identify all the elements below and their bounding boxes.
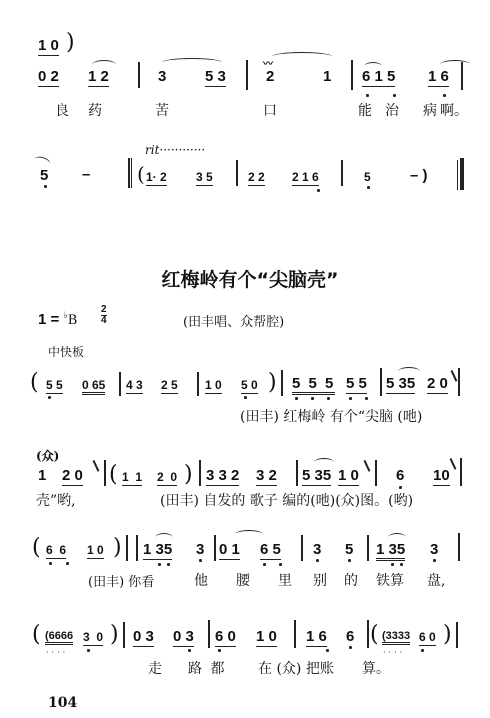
- barline: [461, 62, 463, 90]
- barline: [301, 535, 303, 561]
- note-group: 2 2: [248, 170, 265, 186]
- note-group: 1 2: [88, 68, 109, 87]
- paren-open: (: [370, 622, 379, 647]
- note-group: 0 1: [219, 541, 240, 560]
- low-octave-dot: [167, 563, 170, 566]
- low-octave-dots: ····: [383, 648, 405, 657]
- slur: [33, 155, 51, 168]
- note-group: 5 35: [386, 375, 415, 394]
- paren-open: (: [30, 370, 39, 395]
- paren-close: ): [268, 370, 277, 395]
- barline: [294, 620, 296, 648]
- low-octave-dot: [87, 649, 90, 652]
- note-group: 4 3: [126, 378, 143, 394]
- lyric: 能: [358, 100, 372, 120]
- barline: [131, 158, 132, 188]
- paren-open: (: [109, 462, 118, 487]
- barline: [281, 370, 283, 396]
- note-group: 1 0: [338, 467, 359, 486]
- low-octave-dot: [348, 559, 351, 562]
- lyrics-line: (田丰) 红梅岭 有个“尖脑 (吔): [240, 406, 422, 426]
- note-group: 5: [345, 541, 353, 558]
- note-group: 2: [266, 68, 274, 85]
- low-octave-dot: [158, 563, 161, 566]
- note-group: 3: [196, 541, 204, 558]
- barline: [236, 160, 238, 186]
- breath-mark: [364, 460, 370, 472]
- low-octave-dot: [399, 486, 402, 489]
- note-group: 0 65: [82, 378, 105, 395]
- low-octave-dot: [279, 563, 282, 566]
- lyric: 苦: [155, 100, 169, 120]
- tempo-marking: rit············: [145, 143, 205, 157]
- note-group: 3: [430, 541, 438, 558]
- low-octave-dot: [443, 94, 446, 97]
- paren-open: (: [137, 162, 145, 186]
- note-group: 1 0: [87, 543, 104, 559]
- barline: [457, 160, 458, 190]
- lyric: 走: [148, 658, 162, 678]
- barline: [458, 368, 460, 396]
- low-octave-dot: [263, 563, 266, 566]
- note-group: 2 0: [427, 375, 448, 394]
- performers: (田丰唱、众帮腔): [183, 311, 284, 330]
- notation-intro: 1 0: [38, 37, 59, 56]
- slur: [155, 533, 173, 542]
- note-group: 6 6: [46, 543, 66, 559]
- slur: [364, 62, 382, 71]
- note-group: 6 0: [419, 630, 436, 646]
- note-group: 6: [346, 628, 354, 645]
- note-group: 1: [38, 467, 46, 484]
- note-group: 6 0: [215, 628, 236, 647]
- note-group: 1 0: [205, 378, 222, 394]
- lyric: 铁算: [376, 570, 404, 590]
- low-octave-dot: [44, 185, 47, 188]
- low-octave-dot: [349, 397, 352, 400]
- slur: [388, 533, 406, 542]
- note-group: (6666: [45, 630, 73, 645]
- low-octave-dot: [48, 396, 51, 399]
- slur: [314, 458, 334, 467]
- note-group: 0 2: [38, 68, 59, 87]
- note-group: 6: [396, 467, 404, 484]
- low-octave-dot: [327, 397, 330, 400]
- page-number: 104: [48, 695, 77, 711]
- slur: [162, 58, 222, 67]
- barline: [351, 60, 353, 90]
- note-group: 5 3: [205, 68, 226, 87]
- paren-open: (: [32, 622, 41, 647]
- low-octave-dot: [366, 94, 369, 97]
- slur: [235, 530, 263, 539]
- lyric: 在 (众) 把账: [258, 658, 334, 678]
- note-group: 1· 2: [146, 170, 167, 186]
- note-group: (3333: [382, 630, 410, 645]
- note-group: 3 0: [83, 630, 103, 646]
- barline: [460, 458, 462, 486]
- tempo-marking: 中快板: [48, 343, 84, 360]
- breath-mark: [450, 458, 456, 470]
- lyric: 口: [263, 100, 277, 120]
- note-group: 5: [364, 170, 371, 184]
- note-group: 3: [158, 68, 166, 85]
- slur: [398, 367, 420, 376]
- barline: [341, 160, 343, 186]
- low-octave-dot: [393, 94, 396, 97]
- note-group: 3: [313, 541, 321, 558]
- low-octave-dot: [188, 649, 191, 652]
- dash: –: [82, 166, 90, 183]
- note-group: 5 5: [46, 378, 63, 394]
- time-signature: 2 4: [101, 305, 107, 326]
- note-group: 0 3: [173, 628, 194, 647]
- paren-close: ): [113, 535, 122, 560]
- lyric: 病: [423, 100, 437, 120]
- lyric: 盘,: [427, 570, 445, 590]
- low-octave-dot: [400, 563, 403, 566]
- note-group: 1 6: [428, 68, 449, 87]
- key-signature: 1 = ♭B: [38, 310, 77, 328]
- note-group: 5 5 5: [292, 375, 335, 395]
- lyric: 路 都: [188, 658, 224, 678]
- breath-mark: [93, 460, 99, 472]
- note-group: 3 3 2: [206, 467, 239, 486]
- note-group: 1 0: [256, 628, 277, 647]
- barline: [214, 535, 216, 561]
- lyrics-line: (田丰) 自发的 歌子 编的(吔)(众)图。(哟): [160, 490, 413, 510]
- low-octave-dot: [311, 397, 314, 400]
- barline: [296, 460, 298, 486]
- note-group: – ): [410, 167, 428, 184]
- note-group: 2 0: [62, 467, 83, 486]
- note-group: 1 35: [143, 541, 172, 560]
- note-group: 1 6: [306, 628, 327, 647]
- breath-mark: [451, 370, 457, 382]
- lyric: 腰: [236, 570, 250, 590]
- lyric: 啊。: [440, 100, 468, 120]
- low-octave-dot: [365, 397, 368, 400]
- barline: [380, 368, 382, 396]
- note-group: 1: [323, 68, 331, 85]
- lyric: 别: [313, 570, 327, 590]
- low-octave-dot: [295, 397, 298, 400]
- note-group: 5: [40, 167, 48, 184]
- barline: [138, 62, 140, 88]
- paren-open: (: [32, 535, 41, 560]
- slur: [440, 60, 470, 69]
- note-group: 5 0: [241, 378, 258, 394]
- low-octave-dot: [421, 649, 424, 652]
- note-group: 1 35: [376, 541, 405, 561]
- note-group: 2 1 6: [292, 170, 319, 186]
- lyric: 的: [344, 570, 358, 590]
- low-octave-dot: [316, 559, 319, 562]
- barline: [126, 535, 128, 561]
- lyric: 良: [55, 100, 69, 120]
- barline: [128, 158, 130, 188]
- low-octave-dot: [433, 559, 436, 562]
- note-group: 1 1: [122, 470, 142, 486]
- low-octave-dot: [66, 562, 69, 565]
- paren-close: ): [66, 30, 75, 55]
- lyric: 他: [194, 570, 208, 590]
- lyrics-line: 壳”哟,: [36, 490, 76, 510]
- low-octave-dot: [218, 649, 221, 652]
- note-group: 5 5: [346, 375, 367, 394]
- role-label: (众): [36, 447, 59, 464]
- note-group: 0 3: [133, 628, 154, 647]
- barline: [246, 60, 248, 90]
- barline: [136, 535, 138, 561]
- lyric: 算。: [362, 658, 390, 678]
- note-group: 2 0: [157, 470, 177, 486]
- note-group: 10: [433, 467, 450, 486]
- barline: [456, 622, 458, 648]
- barline: [119, 372, 121, 396]
- barline: [208, 620, 210, 648]
- low-octave-dot: [367, 186, 370, 189]
- low-octave-dot: [199, 559, 202, 562]
- low-octave-dot: [244, 396, 247, 399]
- note-group: 2 5: [161, 378, 178, 394]
- barline: [375, 460, 377, 486]
- slur: [92, 60, 116, 69]
- note-group: 3 5: [196, 170, 213, 186]
- barline: [367, 535, 369, 561]
- barline: [199, 460, 201, 486]
- note-group: 5 35: [302, 467, 331, 486]
- paren-close: ): [184, 462, 193, 487]
- final-barline: [460, 158, 464, 190]
- low-octave-dot: [349, 646, 352, 649]
- barline: [367, 620, 369, 648]
- lyric: 治: [385, 100, 399, 120]
- lyric: 里: [278, 570, 292, 590]
- barline: [104, 460, 106, 486]
- low-octave-dot: [326, 649, 329, 652]
- barline: [458, 533, 460, 561]
- note-group: 3 2: [256, 467, 277, 486]
- lyric: (田丰) 你看: [88, 571, 154, 590]
- note-group: 6 5: [260, 541, 281, 560]
- low-octave-dot: [391, 563, 394, 566]
- low-octave-dots: ····: [46, 648, 68, 657]
- barline: [197, 372, 199, 396]
- paren-close: ): [443, 622, 452, 647]
- song-title: 红梅岭有个“尖脑壳”: [0, 265, 490, 292]
- paren-close: ): [110, 622, 119, 647]
- barline: [123, 622, 125, 648]
- slur: [272, 52, 332, 61]
- lyric: 药: [88, 100, 102, 120]
- low-octave-dot: [317, 189, 320, 192]
- low-octave-dot: [49, 562, 52, 565]
